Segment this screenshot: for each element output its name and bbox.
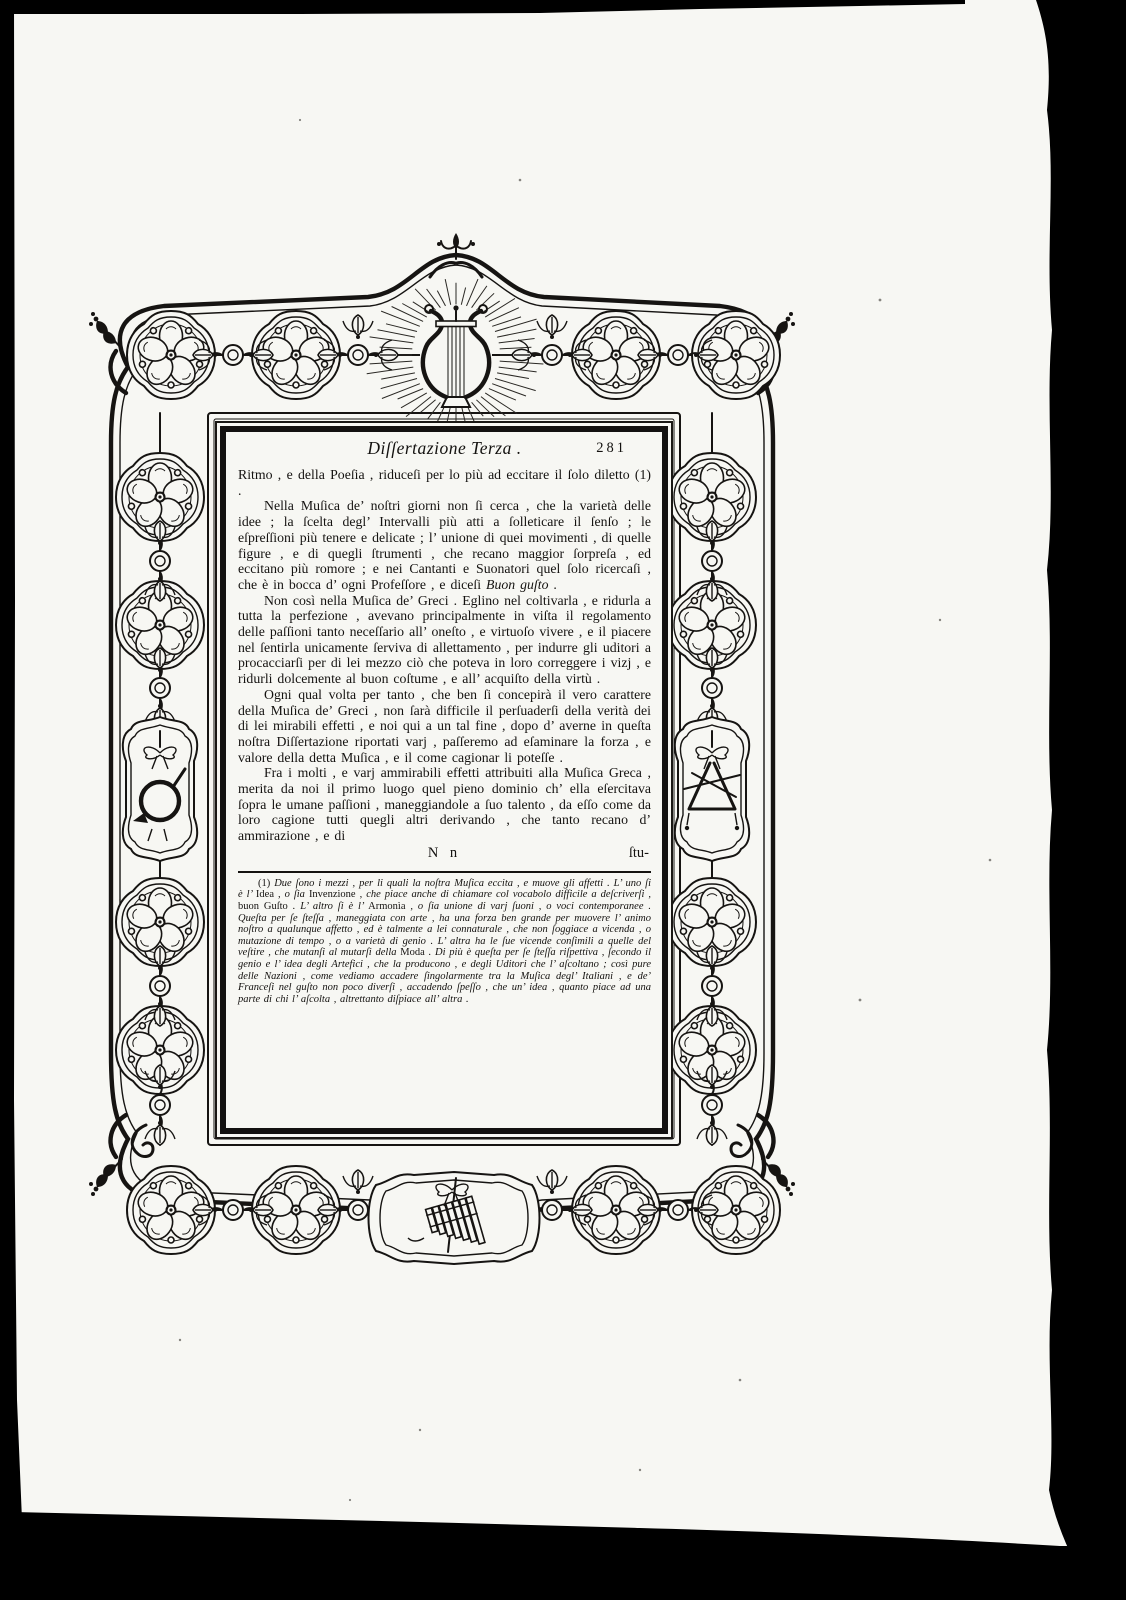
- hunting-horn-ornament: [123, 717, 197, 861]
- scan-edge-right: [1036, 0, 1126, 1600]
- triangle-instrument-ornament: [675, 717, 749, 861]
- fleur-finial-icon: [430, 233, 482, 277]
- scan-edge-bottom: [0, 1512, 1126, 1600]
- paragraph: Ritmo , e della Poeſia , riduceſi per lo…: [238, 467, 651, 498]
- footnote: (1) Due ſono i mezzi , per li quali la n…: [238, 878, 651, 1006]
- catchword: ſtu-: [629, 845, 649, 862]
- running-title: Diſſertazione Terza .: [238, 438, 651, 459]
- scan-edge-left: [0, 0, 30, 1600]
- text-box-inner-rule: Diſſertazione Terza . 281 Ritmo , e dell…: [220, 426, 668, 1134]
- text-box-border: Diſſertazione Terza . 281 Ritmo , e dell…: [215, 421, 673, 1139]
- footnote-text: (1) Due ſono i mezzi , per li quali la n…: [238, 878, 651, 1006]
- scan-edge-top: [0, 0, 965, 14]
- page-number: 281: [596, 440, 627, 457]
- body-text: Ritmo , e della Poeſia , riduceſi per lo…: [238, 467, 651, 844]
- signature-line: N n ſtu-: [238, 845, 651, 862]
- page-header: Diſſertazione Terza . 281: [238, 438, 651, 463]
- paragraph: Non così nella Muſica de’ Greci . Eglino…: [238, 593, 651, 687]
- lyre-sunburst-ornament: [367, 233, 544, 432]
- panpipes-ornament: [369, 1172, 540, 1264]
- paragraph: Fra i molti , e varj ammirabili effetti …: [238, 765, 651, 844]
- paragraph: Nella Muſica de’ noſtri giorni non ſi ce…: [238, 498, 651, 592]
- signature-mark: N n: [238, 845, 651, 862]
- paragraph: Ogni qual volta per tanto , che ben ſi c…: [238, 687, 651, 766]
- footnote-separator: [238, 871, 651, 873]
- scanned-book-page: Diſſertazione Terza . 281 Ritmo , e dell…: [0, 0, 1126, 1600]
